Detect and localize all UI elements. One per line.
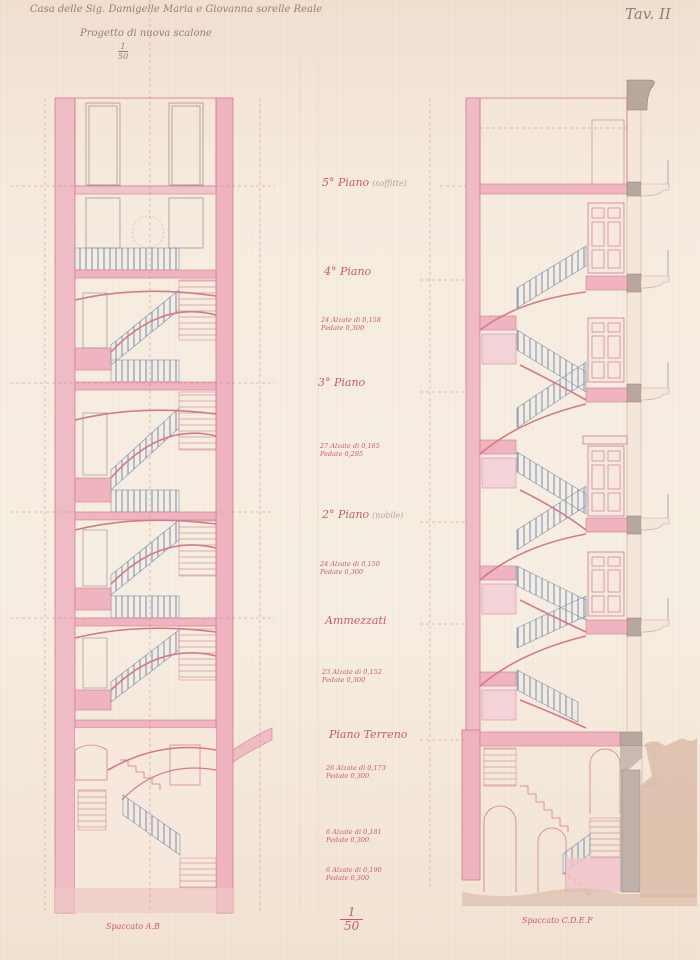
floor-name: 3° Piano [318,376,365,389]
spec-risers: 6 Alzate di 0,190 [326,866,382,874]
scale-top-numerator: 1 [118,42,128,51]
floor-label-ammezzati: Ammezzati [325,614,386,627]
floor-label-3: 3° Piano [318,376,365,389]
spec-risers: 26 Alzate di 0,173 [326,764,386,772]
spec-treads: Pedate 0,300 [326,874,382,882]
stair-spec: 27 Alzate di 0,165Pedate 0,295 [320,442,380,458]
sheet-label: Tav. II [625,5,671,23]
spec-risers: 24 Alzate di 0,150 [320,560,380,568]
floor-name: 5° Piano [322,176,369,189]
scale-bottom-numerator: 1 [340,906,363,919]
floor-name: Ammezzati [325,614,386,627]
floor-name: Piano Terreno [329,728,407,741]
scale-top-denominator: 50 [118,51,128,61]
stair-spec: 24 Alzate di 0,158Pedate 0,300 [321,316,381,332]
caption-section-cdef: Spaccato C.D.E.F [522,916,593,925]
spec-risers: 24 Alzate di 0,158 [321,316,381,324]
floor-label-4: 4° Piano [324,265,371,278]
floor-note: (soffitte) [372,179,407,188]
scale-top: 1 50 [118,42,128,61]
section-cdef [420,80,697,906]
spec-treads: Pedate 0,300 [326,836,382,844]
section-ab [10,0,275,913]
drawing-title: Casa delle Sig. Damigelle Maria e Giovan… [30,4,322,15]
architectural-section-drawing [0,0,700,960]
scale-bottom-denominator: 50 [340,919,363,933]
caption-section-ab: Spaccato A.B [106,922,160,931]
stair-spec: 6 Alzate di 0,190Pedate 0,300 [326,866,382,882]
spec-treads: Pedate 0,300 [321,324,381,332]
floor-name: 4° Piano [324,265,371,278]
drawing-sheet: Casa delle Sig. Damigelle Maria e Giovan… [0,0,700,960]
floor-label-5: 5° Piano(soffitte) [322,176,407,189]
floor-note: (nobile) [372,511,403,520]
spec-treads: Pedate 0,300 [326,772,386,780]
spec-risers: 27 Alzate di 0,165 [320,442,380,450]
floor-label-terreno: Piano Terreno [329,728,407,741]
floor-label-2: 2° Piano(nobile) [322,508,403,521]
spec-treads: Pedate 0,300 [322,676,382,684]
stair-spec: 24 Alzate di 0,150Pedate 0,300 [320,560,380,576]
stair-spec: 26 Alzate di 0,173Pedate 0,300 [326,764,386,780]
stair-spec: 6 Alzate di 0,181Pedate 0,300 [326,828,382,844]
stair-spec: 23 Alzate di 0,152Pedate 0,300 [322,668,382,684]
spec-risers: 23 Alzate di 0,152 [322,668,382,676]
drawing-subtitle: Progetto di nuova scalone [80,28,212,39]
spec-risers: 6 Alzate di 0,181 [326,828,382,836]
spec-treads: Pedate 0,300 [320,568,380,576]
spec-treads: Pedate 0,295 [320,450,380,458]
floor-name: 2° Piano [322,508,369,521]
panel-doors [583,203,627,616]
scale-bottom: 1 50 [340,906,363,933]
